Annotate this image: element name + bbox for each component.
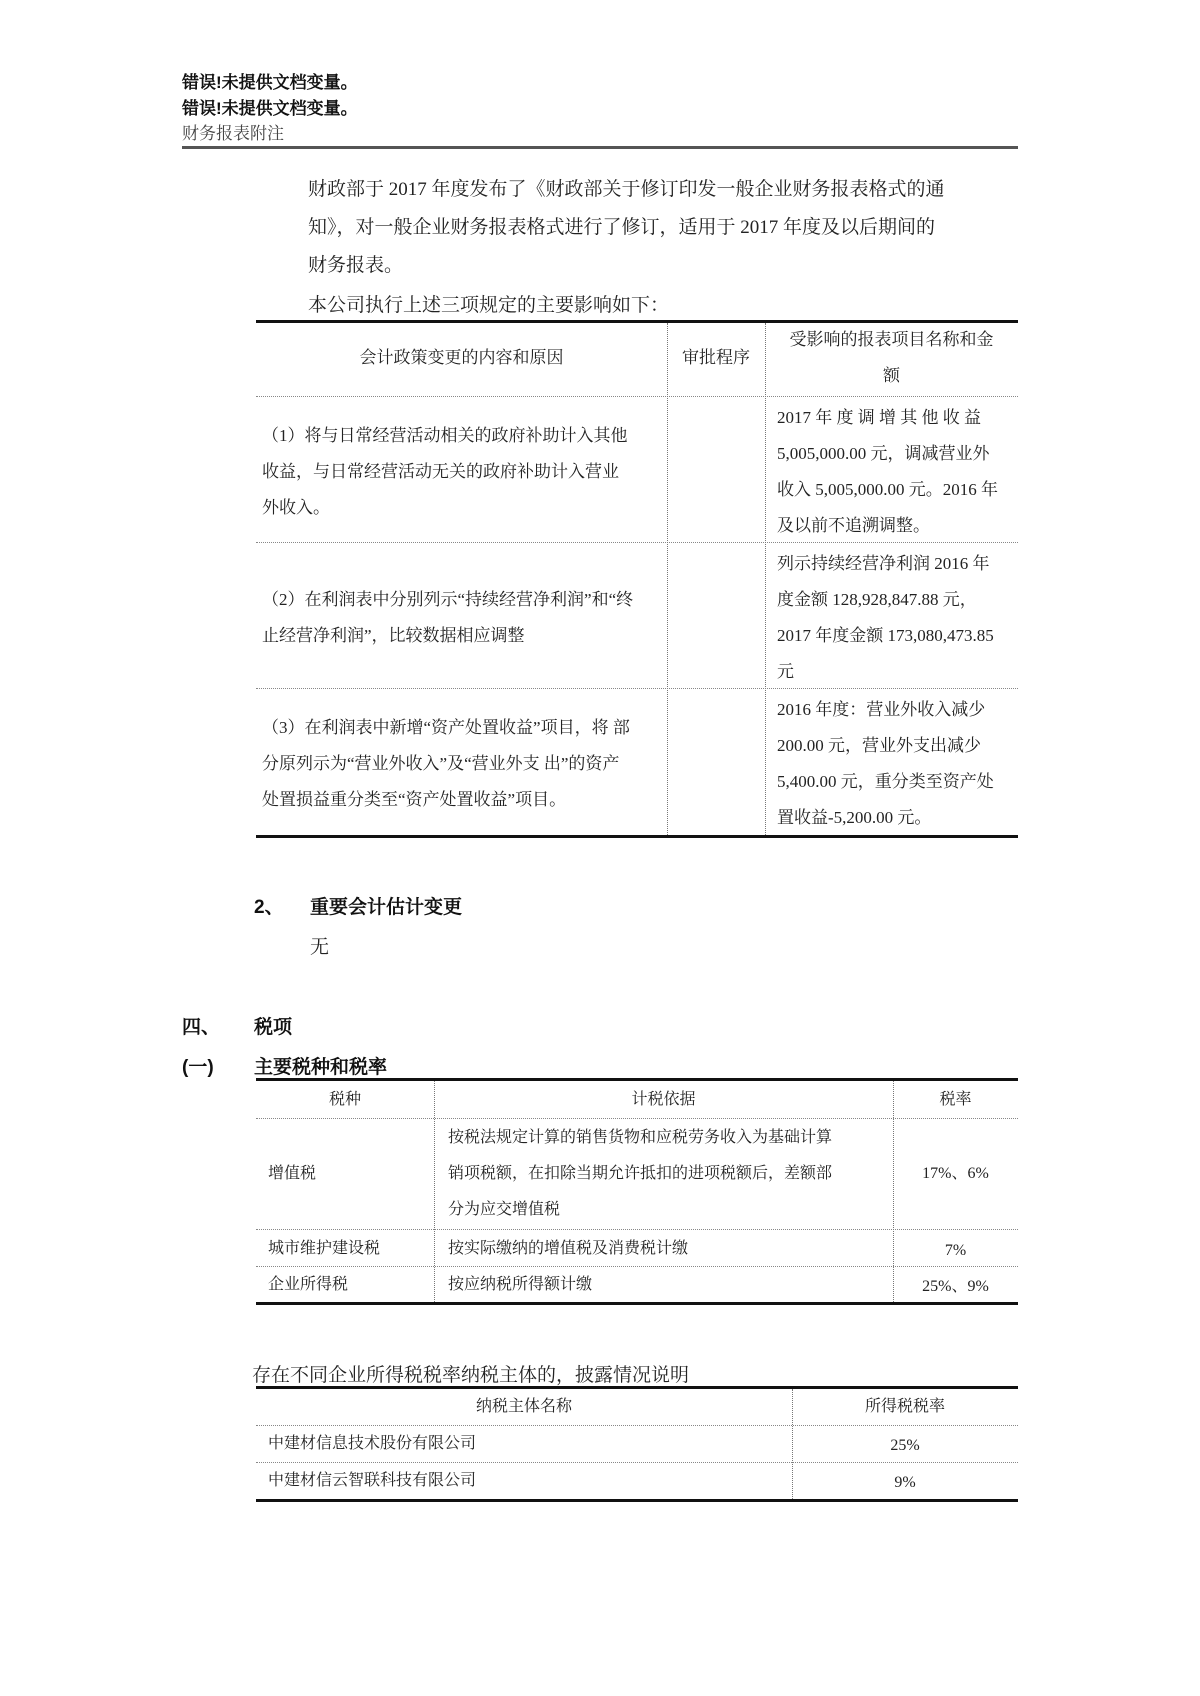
row2-impact-line: 度金额 128,928,847.88 元， (777, 582, 977, 618)
tax-type-city-maintenance: 城市维护建设税 (268, 1231, 380, 1267)
tax-type-vat: 增值税 (268, 1156, 316, 1192)
col-header-approval: 审批程序 (667, 340, 765, 376)
header-subtitle: 财务报表附注 (182, 119, 284, 144)
table-row-rule (256, 1229, 1018, 1230)
col-header-impact-1: 受影响的报表项目名称和金 (765, 322, 1018, 358)
col-header-content: 会计政策变更的内容和原因 (256, 340, 667, 376)
table-header-rule (256, 1118, 1018, 1119)
intro-line-3: 财务报表。 (308, 250, 403, 277)
row1-content-line: （1）将与日常经营活动相关的政府补助计入其他 (256, 418, 628, 454)
row1-content-line: 收益，与日常经营活动无关的政府补助计入营业 (256, 454, 619, 490)
row1-impact-line: 2017 年 度 调 增 其 他 收 益 (777, 400, 981, 436)
col-header-entity-name: 纳税主体名称 (256, 1389, 792, 1425)
entity-rate: 9% (792, 1465, 1018, 1501)
row2-impact-line: 2017 年度金额 173,080,473.85 (777, 618, 994, 654)
section-2-body: 无 (310, 932, 329, 959)
entity-name: 中建材信云智联科技有限公司 (268, 1463, 476, 1499)
row2-impact-line: 列示持续经营净利润 2016 年 (777, 546, 990, 582)
row2-content-line: （2）在利润表中分别列示“持续经营净利润”和“终 (256, 582, 633, 618)
header-error-line-2: 错误!未提供文档变量。 (182, 94, 358, 119)
section-2-title: 重要会计估计变更 (310, 892, 462, 919)
row3-content-line: 分原列示为“营业外收入”及“营业外支 出”的资产 (256, 746, 619, 782)
tax-type-corporate-income: 企业所得税 (268, 1267, 348, 1303)
tax-rate-city-maintenance: 7% (893, 1233, 1018, 1269)
intro-line-1: 财政部于 2017 年度发布了《财政部关于修订印发一般企业财务报表格式的通 (308, 174, 945, 201)
col-header-impact-2: 额 (765, 358, 1018, 394)
row3-content-line: 处置损益重分类至“资产处置收益”项目。 (256, 782, 566, 818)
row1-impact-line: 5,005,000.00 元，调减营业外 (777, 436, 990, 472)
table-col-divider (765, 323, 766, 835)
tax-basis-line: 分为应交增值税 (448, 1192, 560, 1228)
row3-impact-line: 200.00 元，营业外支出减少 (777, 728, 981, 764)
policy-change-table: 会计政策变更的内容和原因 审批程序 受影响的报表项目名称和金 额 （1）将与日常… (256, 320, 1018, 838)
impact-lead: 本公司执行上述三项规定的主要影响如下： (308, 290, 669, 317)
col-header-tax-rate: 税率 (893, 1082, 1018, 1118)
entity-table-caption: 存在不同企业所得税税率纳税主体的，披露情况说明 (252, 1360, 689, 1387)
header-error-line-1: 错误!未提供文档变量。 (182, 68, 358, 93)
section-2-number: 2、 (254, 892, 284, 919)
table-col-divider (667, 323, 668, 835)
row3-impact-line: 置收益-5,200.00 元。 (777, 800, 931, 836)
table-row-rule (256, 688, 1018, 689)
row1-content-line: 外收入。 (256, 490, 330, 526)
row2-content-line: 止经营净利润”，比较数据相应调整 (256, 618, 525, 654)
entity-tax-rate-table: 纳税主体名称 所得税税率 中建材信息技术股份有限公司 25% 中建材信云智联科技… (256, 1386, 1018, 1504)
tax-basis-line: 按实际缴纳的增值税及消费税计缴 (448, 1231, 688, 1267)
table-top-rule (256, 1078, 1018, 1081)
tax-basis-line: 按应纳税所得额计缴 (448, 1267, 592, 1303)
section-4-number: 四、 (182, 1012, 220, 1039)
row1-impact-line: 及以前不追溯调整。 (777, 508, 930, 544)
row1-impact-line: 收入 5,005,000.00 元。2016 年 (777, 472, 998, 508)
tax-basis-line: 销项税额，在扣除当期允许抵扣的进项税额后，差额部 (448, 1156, 832, 1192)
row2-impact-line: 元 (777, 654, 794, 690)
tax-rate-table: 税种 计税依据 税率 增值税 按税法规定计算的销售货物和应税劳务收入为基础计算 … (256, 1078, 1018, 1306)
subsection-1-title: 主要税种和税率 (254, 1052, 387, 1079)
header-rule (182, 146, 1018, 149)
tax-rate-corporate-income: 25%、9% (893, 1269, 1018, 1305)
subsection-1-number: (一) (182, 1052, 214, 1079)
tax-basis-line: 按税法规定计算的销售货物和应税劳务收入为基础计算 (448, 1120, 832, 1156)
intro-line-2: 知》，对一般企业财务报表格式进行了修订，适用于 2017 年度及以后期间的 (308, 212, 935, 239)
row3-impact-line: 5,400.00 元，重分类至资产处 (777, 764, 994, 800)
entity-rate: 25% (792, 1428, 1018, 1464)
col-header-tax-basis: 计税依据 (434, 1082, 893, 1118)
row3-content-line: （3）在利润表中新增“资产处置收益”项目，将 部 (256, 710, 630, 746)
section-4-title: 税项 (254, 1012, 292, 1039)
tax-rate-vat: 17%、6% (893, 1156, 1018, 1192)
entity-name: 中建材信息技术股份有限公司 (268, 1426, 476, 1462)
table-header-rule (256, 396, 1018, 397)
row3-impact-line: 2016 年度：营业外收入减少 (777, 692, 985, 728)
col-header-tax-type: 税种 (256, 1082, 434, 1118)
col-header-income-tax-rate: 所得税税率 (792, 1389, 1018, 1425)
